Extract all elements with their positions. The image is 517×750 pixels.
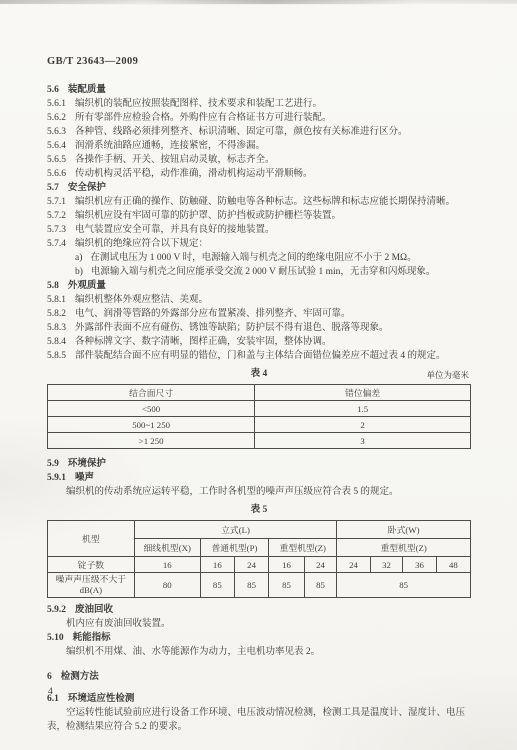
clause-number: 5.7.3: [47, 223, 66, 237]
table-row: 噪声声压级不大于 dB(A) 80 85 85 85 85 85: [48, 573, 471, 598]
clause-text: 编织机应有正确的操作、防触碰、防触电等各种标志。这些标牌和标志应能长期保持清晰。: [75, 195, 455, 209]
clause-text: 编织机的装配应按照装配图样、技术要求和装配工艺进行。: [75, 97, 322, 111]
table-4-caption-row: 表 4 单位为毫米: [47, 368, 471, 380]
clause-text: 耗能指标: [73, 631, 111, 645]
paragraph-energy: 编织机不用煤、油、水等能源作为动力，主电机功率见表 2。: [47, 645, 471, 659]
clause-5-6-2: 5.6.2所有零部件应检验合格。外购件应有合格证书方可进行装配。: [47, 111, 471, 125]
table-header-cell: 错位偏差: [255, 385, 471, 401]
table-header-cell: 重型机型(Z): [337, 539, 471, 557]
clause-text: 安全保护: [68, 181, 106, 195]
clause-number: 6: [47, 670, 52, 684]
clause-text: 噪声: [75, 471, 94, 485]
table-cell: 24: [304, 557, 337, 573]
clause-text: 外露部件表面不应有碰伤、锈蚀等缺陷；防护层不得有退色、脱落等现象。: [75, 321, 389, 335]
noise-label-line2: dB(A): [50, 585, 132, 596]
clause-5-7-2: 5.7.2编织机应设有牢固可靠的防护罩、防护挡板或防护栅栏等装置。: [47, 209, 471, 223]
table-cell: 24: [337, 557, 370, 573]
clause-text: 部件装配结合面不应有明显的错位，门和盖与主体结合面错位偏差应不超过表 4 的规定…: [75, 349, 446, 363]
clause-number: 5.10: [47, 631, 64, 645]
clause-text: 各操作手柄、开关、按钮启动灵敏，标志齐全。: [75, 153, 275, 167]
clause-5-8: 5.8外观质量: [47, 279, 471, 293]
clause-text: 电气装置应安全可靠，并具有良好的接地装置。: [75, 223, 275, 237]
clause-text: 各种标牌文字、数字清晰，图样正确，安装牢固，整体协调。: [75, 335, 332, 349]
clause-text: 各种管、线路必须排列整齐、标识清晰、固定可靠，颜色按有关标准进行区分。: [75, 125, 408, 139]
table-cell: 24: [234, 557, 268, 573]
clause-number: 5.6.6: [47, 167, 66, 181]
clause-5-6-3: 5.6.3各种管、线路必须排列整齐、标识清晰、固定可靠，颜色按有关标准进行区分。: [47, 125, 471, 139]
doc-number: GB/T 23643—2009: [47, 56, 471, 68]
page-number: 4: [48, 687, 53, 697]
clause-text: 废油回收: [75, 603, 113, 617]
table-4-unit-note: 单位为毫米: [426, 369, 469, 381]
clause-5-6: 5.6装配质量: [47, 83, 471, 97]
clause-text: 编织机的绝缘应符合以下规定：: [75, 237, 208, 251]
table-cell: 85: [200, 573, 234, 598]
clause-number: 5.8: [47, 279, 59, 293]
clause-5-7-4: 5.7.4编织机的绝缘应符合以下规定：: [47, 237, 471, 251]
clause-number: 5.8.5: [47, 349, 66, 363]
clause-number: 5.6.3: [47, 125, 66, 139]
clause-text: 装配质量: [68, 83, 106, 97]
table-row: 结合面尺寸 错位偏差: [48, 385, 471, 401]
table-cell: <500: [48, 401, 255, 417]
clause-text: 在测试电压为 1 000 V 时，电源输入端与机壳之间的绝缘电阻应不小于 2 M…: [90, 251, 416, 265]
clause-number: 5.6.4: [47, 139, 66, 153]
clause-number: 5.8.3: [47, 321, 66, 335]
table-cell: 2: [255, 417, 471, 433]
clause-6: 6检测方法: [47, 670, 471, 684]
clause-5-8-2: 5.8.2电气、润滑等管路的外露部分应布置紧凑、排列整齐、牢固可靠。: [47, 307, 471, 321]
clause-5-8-4: 5.8.4各种标牌文字、数字清晰，图样正确，安装牢固，整体协调。: [47, 335, 471, 349]
table-header-cell: 立式(L): [134, 521, 337, 539]
clause-5-7-4-a: a)在测试电压为 1 000 V 时，电源输入端与机壳之间的绝缘电阻应不小于 2…: [47, 251, 471, 265]
table-cell: 3: [255, 433, 471, 449]
table-row: <500 1.5: [48, 401, 471, 417]
table-4-caption: 表 4: [251, 369, 268, 379]
clause-5-7-1: 5.7.1编织机应有正确的操作、防触碰、防触电等各种标志。这些标牌和标志应能长期…: [47, 195, 471, 209]
paragraph-noise: 编织机的传动系统应运转平稳，工作时各机型的噪声声压级应符合表 5 的规定。: [47, 485, 471, 499]
clause-5-7: 5.7安全保护: [47, 181, 471, 195]
clause-number: 5.6.5: [47, 153, 66, 167]
clause-5-7-3: 5.7.3电气装置应安全可靠，并具有良好的接地装置。: [47, 223, 471, 237]
table-cell: 16: [200, 557, 234, 573]
clause-text: 传动机构灵活平稳，动作准确，滑动机构运动平滑顺畅。: [75, 167, 313, 181]
clause-5-9-1: 5.9.1噪声: [47, 471, 471, 485]
clause-5-9: 5.9环境保护: [47, 457, 471, 471]
table-4: 结合面尺寸 错位偏差 <500 1.5 500~1 250 2 >1 250 3: [47, 384, 471, 449]
clause-number: 5.7.1: [47, 195, 66, 209]
clause-number: 5.9.1: [47, 471, 66, 485]
document-page: GB/T 23643—2009 5.6装配质量 5.6.1编织机的装配应按照装配…: [0, 0, 517, 750]
table-header-cell: 细线机型(X): [134, 539, 200, 557]
clauses-block-d: 6检测方法 6.1环境适应性检测 空运转性能试验前应进行设备工作环境、电压波动情…: [47, 670, 471, 734]
table-cell: 85: [269, 573, 305, 598]
clause-5-10: 5.10耗能指标: [47, 631, 471, 645]
table-header-cell: 结合面尺寸: [48, 385, 255, 401]
table-row: >1 250 3: [48, 433, 471, 449]
clause-5-6-1: 5.6.1编织机的装配应按照装配图样、技术要求和装配工艺进行。: [47, 97, 471, 111]
table-cell: 85: [337, 573, 471, 598]
list-item-marker: a): [75, 251, 82, 265]
clause-5-6-5: 5.6.5各操作手柄、开关、按钮启动灵敏，标志齐全。: [47, 153, 471, 167]
clause-text: 电源输入端与机壳之间应能承受交流 2 000 V 耐压试验 1 min，无击穿和…: [91, 265, 435, 279]
table-header-cell: 锭子数: [48, 557, 135, 573]
clause-number: 5.8.1: [47, 293, 66, 307]
clauses-block-a: 5.6装配质量 5.6.1编织机的装配应按照装配图样、技术要求和装配工艺进行。 …: [47, 83, 471, 363]
clause-text: 编织机整体外观应整洁、美观。: [75, 293, 208, 307]
table-cell: 500~1 250: [48, 417, 255, 433]
table-cell: 1.5: [255, 401, 471, 417]
table-header-cell: 普通机型(P): [200, 539, 269, 557]
table-row: 500~1 250 2: [48, 417, 471, 433]
clause-text: 检测方法: [61, 670, 99, 684]
clause-number: 5.8.2: [47, 307, 66, 321]
clauses-block-b: 5.9环境保护 5.9.1噪声 编织机的传动系统应运转平稳，工作时各机型的噪声声…: [47, 457, 471, 499]
clause-text: 外观质量: [68, 279, 106, 293]
clause-text: 润滑系统油路应通畅，连接紧密，不得渗漏。: [75, 139, 265, 153]
table-row: 机型 立式(L) 卧式(W): [48, 521, 471, 539]
table-cell: >1 250: [48, 433, 255, 449]
table-cell: 85: [304, 573, 337, 598]
clause-5-7-4-b: b)电源输入端与机壳之间应能承受交流 2 000 V 耐压试验 1 min，无击…: [47, 265, 471, 279]
clause-5-8-1: 5.8.1编织机整体外观应整洁、美观。: [47, 293, 471, 307]
clause-number: 5.6.1: [47, 97, 66, 111]
table-cell: 48: [436, 557, 470, 573]
clause-text: 编织机应设有牢固可靠的防护罩、防护挡板或防护栅栏等装置。: [75, 209, 341, 223]
table-cell: 80: [134, 573, 200, 598]
table-5-caption-row: 表 5: [47, 504, 471, 516]
table-header-cell: 机型: [48, 521, 135, 557]
table-cell: 32: [370, 557, 403, 573]
clause-number: 5.6: [47, 83, 59, 97]
table-header-cell: 重型机型(Z): [269, 539, 337, 557]
clause-text: 所有零部件应检验合格。外购件应有合格证书方可进行装配。: [75, 111, 332, 125]
clause-5-8-5: 5.8.5部件装配结合面不应有明显的错位，门和盖与主体结合面错位偏差应不超过表 …: [47, 349, 471, 363]
paragraph-oil-recovery: 机内应有废油回收装置。: [47, 617, 471, 631]
table-5-caption: 表 5: [251, 505, 268, 515]
table-cell: 16: [269, 557, 305, 573]
clause-5-6-6: 5.6.6传动机构灵活平稳，动作准确，滑动机构运动平滑顺畅。: [47, 167, 471, 181]
clause-number: 5.7.2: [47, 209, 66, 223]
table-cell: 36: [403, 557, 436, 573]
paragraph-env-test: 空运转性能试验前应进行设备工作环境、电压波动情况检测，检测工具是温度计、湿度计、…: [47, 706, 471, 734]
table-cell: 16: [134, 557, 200, 573]
clause-5-6-4: 5.6.4润滑系统油路应通畅，连接紧密，不得渗漏。: [47, 139, 471, 153]
table-cell: 85: [234, 573, 268, 598]
clause-6-1: 6.1环境适应性检测: [47, 692, 471, 706]
page-content: GB/T 23643—2009 5.6装配质量 5.6.1编织机的装配应按照装配…: [47, 56, 471, 734]
table-header-cell: 卧式(W): [337, 521, 471, 539]
clause-text: 环境适应性检测: [68, 692, 135, 706]
clause-number: 5.9: [47, 457, 59, 471]
clauses-block-c: 5.9.2废油回收 机内应有废油回收装置。 5.10耗能指标 编织机不用煤、油、…: [47, 603, 471, 659]
table-row: 锭子数 16 16 24 16 24 24 32 36 48: [48, 557, 471, 573]
clause-number: 5.9.2: [47, 603, 66, 617]
clause-number: 5.7.4: [47, 237, 66, 251]
list-item-marker: b): [75, 265, 83, 279]
table-header-cell: 噪声声压级不大于 dB(A): [48, 573, 135, 598]
scan-edge-artifact: [0, 0, 517, 4]
noise-label-line1: 噪声声压级不大于: [50, 574, 132, 585]
clause-5-8-3: 5.8.3外露部件表面不应有碰伤、锈蚀等缺陷；防护层不得有退色、脱落等现象。: [47, 321, 471, 335]
clause-text: 电气、润滑等管路的外露部分应布置紧凑、排列整齐、牢固可靠。: [75, 307, 351, 321]
clause-number: 5.8.4: [47, 335, 66, 349]
clause-number: 5.7: [47, 181, 59, 195]
clause-5-9-2: 5.9.2废油回收: [47, 603, 471, 617]
clause-text: 环境保护: [68, 457, 106, 471]
clause-number: 5.6.2: [47, 111, 66, 125]
table-5: 机型 立式(L) 卧式(W) 细线机型(X) 普通机型(P) 重型机型(Z) 重…: [47, 520, 471, 598]
